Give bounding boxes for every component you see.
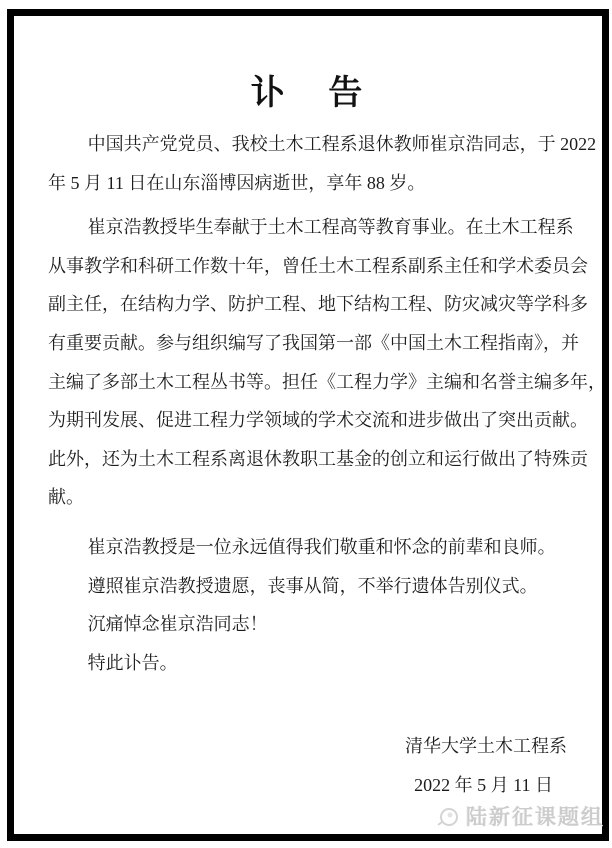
paragraph-line: 此外，还为土木工程系离退休教职工基金的创立和运行做出了特殊贡 — [48, 440, 567, 479]
signature-block: 清华大学土木工程系 2022 年 5 月 11 日 — [48, 727, 567, 804]
paragraph-line: 沉痛悼念崔京浩同志！ — [48, 605, 567, 644]
notice-title: 讣 告 — [48, 71, 567, 115]
group-logo-icon — [437, 804, 461, 828]
watermark-text: 陆新征课题组 — [466, 801, 604, 831]
notice-content: 讣 告 中国共产党党员、我校土木工程系退休教师崔京浩同志，于 2022年 5 月… — [28, 32, 592, 820]
paragraph-line: 从事教学和科研工作数十年，曾任土木工程系副系主任和学术委员会 — [48, 247, 567, 286]
paragraph-line: 特此讣告。 — [48, 644, 567, 683]
paragraph: 中国共产党党员、我校土木工程系退休教师崔京浩同志，于 2022年 5 月 11 … — [48, 125, 567, 202]
notice-body: 中国共产党党员、我校土木工程系退休教师崔京浩同志，于 2022年 5 月 11 … — [48, 125, 567, 682]
paragraph-line: 遵照崔京浩教授遗愿，丧事从简，不举行遗体告别仪式。 — [48, 567, 567, 606]
paragraph-line: 崔京浩教授是一位永远值得我们敬重和怀念的前辈和良师。 — [48, 528, 567, 567]
paragraph-line: 崔京浩教授毕生奉献于土木工程高等教育事业。在土木工程系 — [48, 208, 567, 247]
notice-border-frame: 讣 告 中国共产党党员、我校土木工程系退休教师崔京浩同志，于 2022年 5 月… — [7, 9, 609, 841]
watermark: 陆新征课题组 — [437, 801, 604, 831]
paragraph-line: 副主任，在结构力学、防护工程、地下结构工程、防灾减灾等学科多 — [48, 285, 567, 324]
paragraph: 特此讣告。 — [48, 644, 567, 683]
paragraph: 遵照崔京浩教授遗愿，丧事从简，不举行遗体告别仪式。 — [48, 567, 567, 606]
signature: 清华大学土木工程系 — [48, 727, 567, 766]
paragraph: 沉痛悼念崔京浩同志！ — [48, 605, 567, 644]
paragraph-line: 中国共产党党员、我校土木工程系退休教师崔京浩同志，于 2022 — [48, 125, 567, 164]
paragraph-line: 献。 — [48, 478, 567, 517]
obituary-notice-page: 讣 告 中国共产党党员、我校土木工程系退休教师崔京浩同志，于 2022年 5 月… — [0, 0, 612, 848]
paragraph-line: 有重要贡献。参与组织编写了我国第一部《中国土木工程指南》，并 — [48, 324, 567, 363]
paragraph-line: 主编了多部土木工程丛书等。担任《工程力学》主编和名誉主编多年， — [48, 363, 567, 402]
paragraph: 崔京浩教授毕生奉献于土木工程高等教育事业。在土木工程系从事教学和科研工作数十年，… — [48, 208, 567, 517]
paragraph-line: 年 5 月 11 日在山东淄博因病逝世，享年 88 岁。 — [48, 164, 567, 203]
date: 2022 年 5 月 11 日 — [48, 766, 567, 805]
paragraph: 崔京浩教授是一位永远值得我们敬重和怀念的前辈和良师。 — [48, 528, 567, 567]
paragraph-line: 为期刊发展、促进工程力学领域的学术交流和进步做出了突出贡献。 — [48, 401, 567, 440]
